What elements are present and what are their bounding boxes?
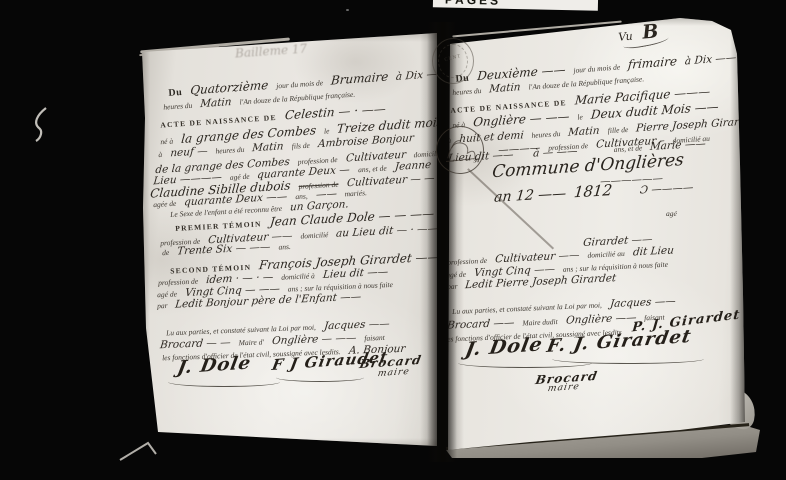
form-print-text: heures du (452, 86, 482, 97)
handwritten-entry: Matin (489, 81, 521, 95)
vu-approval-mark: Vu B (617, 20, 659, 45)
handwritten-year: 1812 (573, 181, 613, 201)
handwritten-entry: Ledit Pierre Joseph Girardet (465, 272, 617, 291)
form-print-text: heures du (163, 101, 193, 112)
signature-brocard-title: maire (377, 367, 411, 379)
form-print-text: le (577, 112, 583, 121)
handwritten-entry: Matin (200, 96, 232, 110)
handwritten-entry: au Lieu dit — · —— (336, 222, 439, 239)
handwritten-entry: Ledit Bonjour père de l'Enfant —— (175, 291, 362, 311)
form-print-text: par (447, 282, 458, 291)
form-print-text: fils de (291, 141, 310, 151)
handwritten-entry: Trente Six — —— (177, 241, 271, 258)
handwritten-rule: Ɔ ———— (640, 181, 694, 196)
pages-label: PAGES (433, 0, 598, 11)
right-page: Du Deuxième —— jour du mois de frimaire … (440, 14, 748, 464)
stamp-value: 30 (473, 158, 480, 165)
signature-flourish (552, 354, 704, 364)
fiscal-stamp: 30 (434, 124, 487, 177)
form-print-text: par (157, 301, 168, 310)
form-print-text: de (162, 248, 170, 257)
signature-flourish (168, 377, 280, 387)
form-print-text: ans. (278, 242, 291, 252)
signature-dole: J. Dole (463, 333, 544, 360)
stamp-figure (435, 125, 483, 173)
pages-label-text: PAGES (445, 0, 501, 8)
register-scan: PAGES Bailleme 17 Du Quatorzième jour du… (0, 0, 786, 480)
dust-speck (346, 9, 349, 11)
margin-scratch-mark (30, 106, 56, 144)
form-print-text: à (158, 150, 162, 159)
bleed-through-note: Bailleme 17 (235, 42, 308, 61)
round-postmark-stamp: CENT (432, 38, 474, 84)
signature-flourish (276, 373, 364, 382)
signature-dole: J. Dole (176, 352, 253, 378)
signature-brocard-title: maire (547, 382, 581, 394)
left-page: Bailleme 17 Du Quatorzième jour du mois … (138, 28, 440, 450)
check-scratch-mark (118, 438, 164, 464)
handwritten-entry: à Dix —— (685, 52, 737, 68)
form-print-text: domicilié (300, 230, 328, 240)
form-age-label: agé (666, 203, 681, 221)
